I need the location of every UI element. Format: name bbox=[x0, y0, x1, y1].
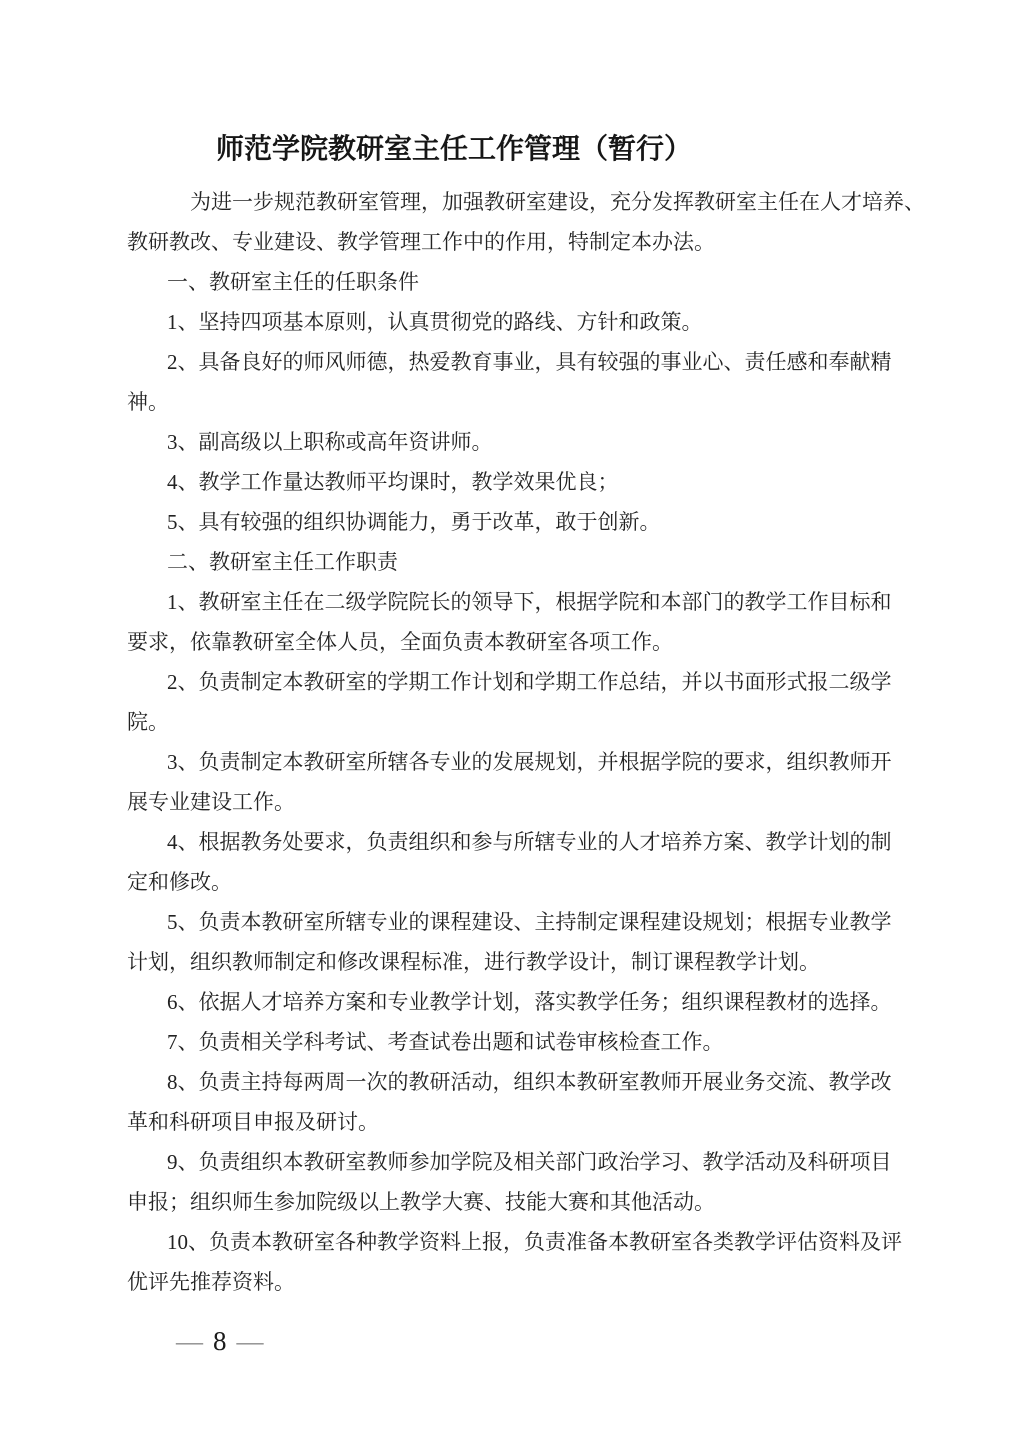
document-line: 5、具有较强的组织协调能力，勇于改革，敢于创新。 bbox=[127, 502, 897, 542]
document-line: 2、负责制定本教研室的学期工作计划和学期工作总结，并以书面形式报二级学 bbox=[127, 662, 897, 702]
document-line: 院。 bbox=[127, 702, 897, 742]
document-line: 申报；组织师生参加院级以上教学大赛、技能大赛和其他活动。 bbox=[127, 1182, 897, 1222]
page-footer: —8— bbox=[176, 1326, 264, 1356]
document-line: 教研教改、专业建设、教学管理工作中的作用，特制定本办法。 bbox=[127, 222, 897, 262]
document-line: 计划，组织教师制定和修改课程标准，进行教学设计，制订课程教学计划。 bbox=[127, 942, 897, 982]
document-page: 师范学院教研室主任工作管理（暂行） 为进一步规范教研室管理，加强教研室建设，充分… bbox=[0, 0, 1024, 1448]
document-line: 9、负责组织本教研室教师参加学院及相关部门政治学习、教学活动及科研项目 bbox=[127, 1142, 897, 1182]
document-line: 神。 bbox=[127, 382, 897, 422]
document-line: 定和修改。 bbox=[127, 862, 897, 902]
document-line: 10、负责本教研室各种教学资料上报，负责准备本教研室各类教学评估资料及评 bbox=[127, 1222, 897, 1262]
document-line: 3、副高级以上职称或高年资讲师。 bbox=[127, 422, 897, 462]
document-line: 一、教研室主任的任职条件 bbox=[127, 262, 897, 302]
document-line: 二、教研室主任工作职责 bbox=[127, 542, 897, 582]
document-body: 为进一步规范教研室管理，加强教研室建设，充分发挥教研室主任在人才培养、教研教改、… bbox=[127, 182, 897, 1302]
document-line: 1、坚持四项基本原则，认真贯彻党的路线、方针和政策。 bbox=[127, 302, 897, 342]
document-title: 师范学院教研室主任工作管理（暂行） bbox=[69, 128, 839, 172]
document-line: 5、负责本教研室所辖专业的课程建设、主持制定课程建设规划；根据专业教学 bbox=[127, 902, 897, 942]
page-number: 8 bbox=[203, 1326, 237, 1356]
document-line: 1、教研室主任在二级学院院长的领导下，根据学院和本部门的教学工作目标和 bbox=[127, 582, 897, 622]
document-line: 6、依据人才培养方案和专业教学计划，落实教学任务；组织课程教材的选择。 bbox=[127, 982, 897, 1022]
document-line: 革和科研项目申报及研讨。 bbox=[127, 1102, 897, 1142]
document-line: 3、负责制定本教研室所辖各专业的发展规划，并根据学院的要求，组织教师开 bbox=[127, 742, 897, 782]
document-line: 要求，依靠教研室全体人员，全面负责本教研室各项工作。 bbox=[127, 622, 897, 662]
document-line: 7、负责相关学科考试、考查试卷出题和试卷审核检查工作。 bbox=[127, 1022, 897, 1062]
document-line: 2、具备良好的师风师德，热爱教育事业，具有较强的事业心、责任感和奉献精 bbox=[127, 342, 897, 382]
document-line: 为进一步规范教研室管理，加强教研室建设，充分发挥教研室主任在人才培养、 bbox=[127, 182, 897, 222]
footer-dash-left: — bbox=[176, 1326, 203, 1356]
document-line: 4、根据教务处要求，负责组织和参与所辖专业的人才培养方案、教学计划的制 bbox=[127, 822, 897, 862]
document-line: 8、负责主持每两周一次的教研活动，组织本教研室教师开展业务交流、教学改 bbox=[127, 1062, 897, 1102]
document-line: 展专业建设工作。 bbox=[127, 782, 897, 822]
footer-dash-right: — bbox=[237, 1326, 264, 1356]
document-line: 4、教学工作量达教师平均课时，教学效果优良； bbox=[127, 462, 897, 502]
document-line: 优评先推荐资料。 bbox=[127, 1262, 897, 1302]
